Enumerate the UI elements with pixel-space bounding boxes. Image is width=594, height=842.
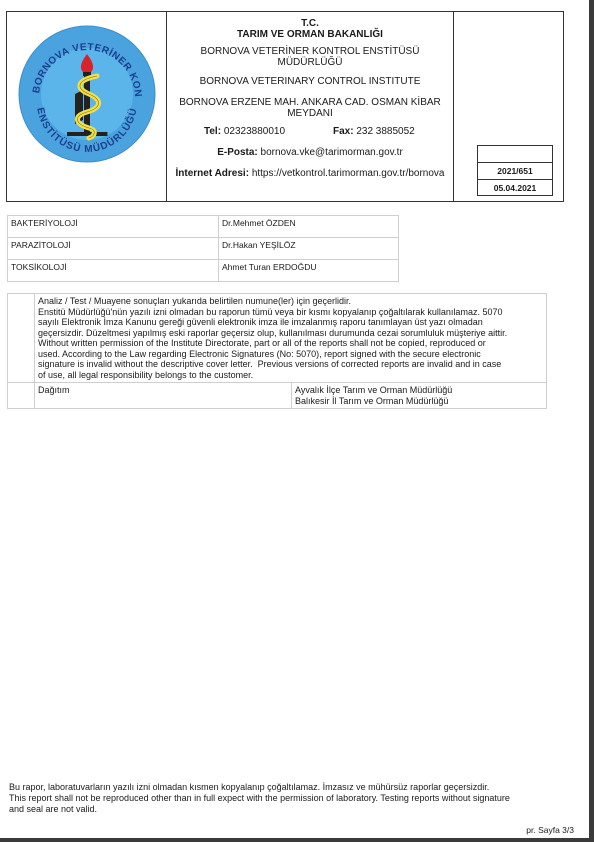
fax-value: 232 3885052 [356,126,414,137]
distribution-item: Ayvalık İlçe Tarım ve Orman Müdürlüğü [295,385,543,396]
notes-table: Analiz / Test / Muayene sonuçları yukarı… [7,293,547,409]
distribution-item: Balıkesir İl Tarım ve Orman Müdürlüğü [295,396,543,407]
lab-responsibles-table: BAKTERİYOLOJİ Dr.Mehmet ÖZDEN PARAZİTOLO… [7,215,399,282]
table-row: TOKSİKOLOJİ Ahmet Turan ERDOĞDU [8,260,399,282]
svg-text:1950: 1950 [97,132,108,138]
web-label: İnternet Adresi: [176,168,250,179]
letterhead-text: T.C. TARIM VE ORMAN BAKANLIĞI BORNOVA VE… [167,12,453,201]
report-date: 05.04.2021 [478,180,552,196]
department-cell: TOKSİKOLOJİ [8,260,219,282]
department-cell: BAKTERİYOLOJİ [8,216,219,238]
tel-label: Tel: [204,126,221,137]
distribution-list: Ayvalık İlçe Tarım ve Orman Müdürlüğü Ba… [292,383,547,409]
institute-name-en: BORNOVA VETERINARY CONTROL INSTITUTE [167,76,453,87]
department-cell: PARAZİTOLOJİ [8,238,219,260]
institute-name-tr-cont: MÜDÜRLÜĞÜ [167,57,453,68]
address: BORNOVA ERZENE MAH. ANKARA CAD. OSMAN Kİ… [167,97,453,108]
ref-blank [478,146,552,163]
email-row: E-Posta: bornova.vke@tarimorman.gov.tr [167,147,453,158]
web-link[interactable]: https://vetkontrol.tarimorman.gov.tr/bor… [252,168,445,179]
distribution-row: Dağıtım Ayvalık İlçe Tarım ve Orman Müdü… [8,383,547,409]
person-cell: Dr.Mehmet ÖZDEN [219,216,399,238]
disclaimer-text: Analiz / Test / Muayene sonuçları yukarı… [35,294,547,383]
person-cell: Ahmet Turan ERDOĞDU [219,260,399,282]
report-reference-box: 2021/651 05.04.2021 [477,145,553,196]
email-link[interactable]: bornova.vke@tarimorman.gov.tr [261,147,403,158]
page-number: pr. Sayfa 3/3 [526,825,574,835]
table-row: BAKTERİYOLOJİ Dr.Mehmet ÖZDEN [8,216,399,238]
disclaimer-row: Analiz / Test / Muayene sonuçları yukarı… [8,294,547,383]
address-cont: MEYDANI [167,108,453,119]
email-label: E-Posta: [217,147,258,158]
person-cell: Dr.Hakan YEŞİLÖZ [219,238,399,260]
institute-logo-icon: İZMİR BORNOVA VETERİNER KONTROL ENSTİTÜS… [17,24,157,164]
empty-cell [8,294,35,383]
tel-value: 02323880010 [224,126,285,137]
letterhead: İZMİR BORNOVA VETERİNER KONTROL ENSTİTÜS… [6,11,564,202]
document-page: İZMİR BORNOVA VETERİNER KONTROL ENSTİTÜS… [0,0,589,838]
divider [453,12,454,201]
footer-disclaimer: Bu rapor, laboratuvarların yazılı izni o… [9,782,584,815]
web-row: İnternet Adresi: https://vetkontrol.tari… [167,168,453,179]
report-number: 2021/651 [478,163,552,180]
table-row: PARAZİTOLOJİ Dr.Hakan YEŞİLÖZ [8,238,399,260]
country: T.C. [167,18,453,29]
ministry: TARIM VE ORMAN BAKANLIĞI [167,29,453,40]
institute-name-tr: BORNOVA VETERİNER KONTROL ENSTİTÜSÜ [167,46,453,57]
fax-label: Fax: [333,126,354,137]
empty-cell [8,383,35,409]
distribution-label: Dağıtım [35,383,292,409]
